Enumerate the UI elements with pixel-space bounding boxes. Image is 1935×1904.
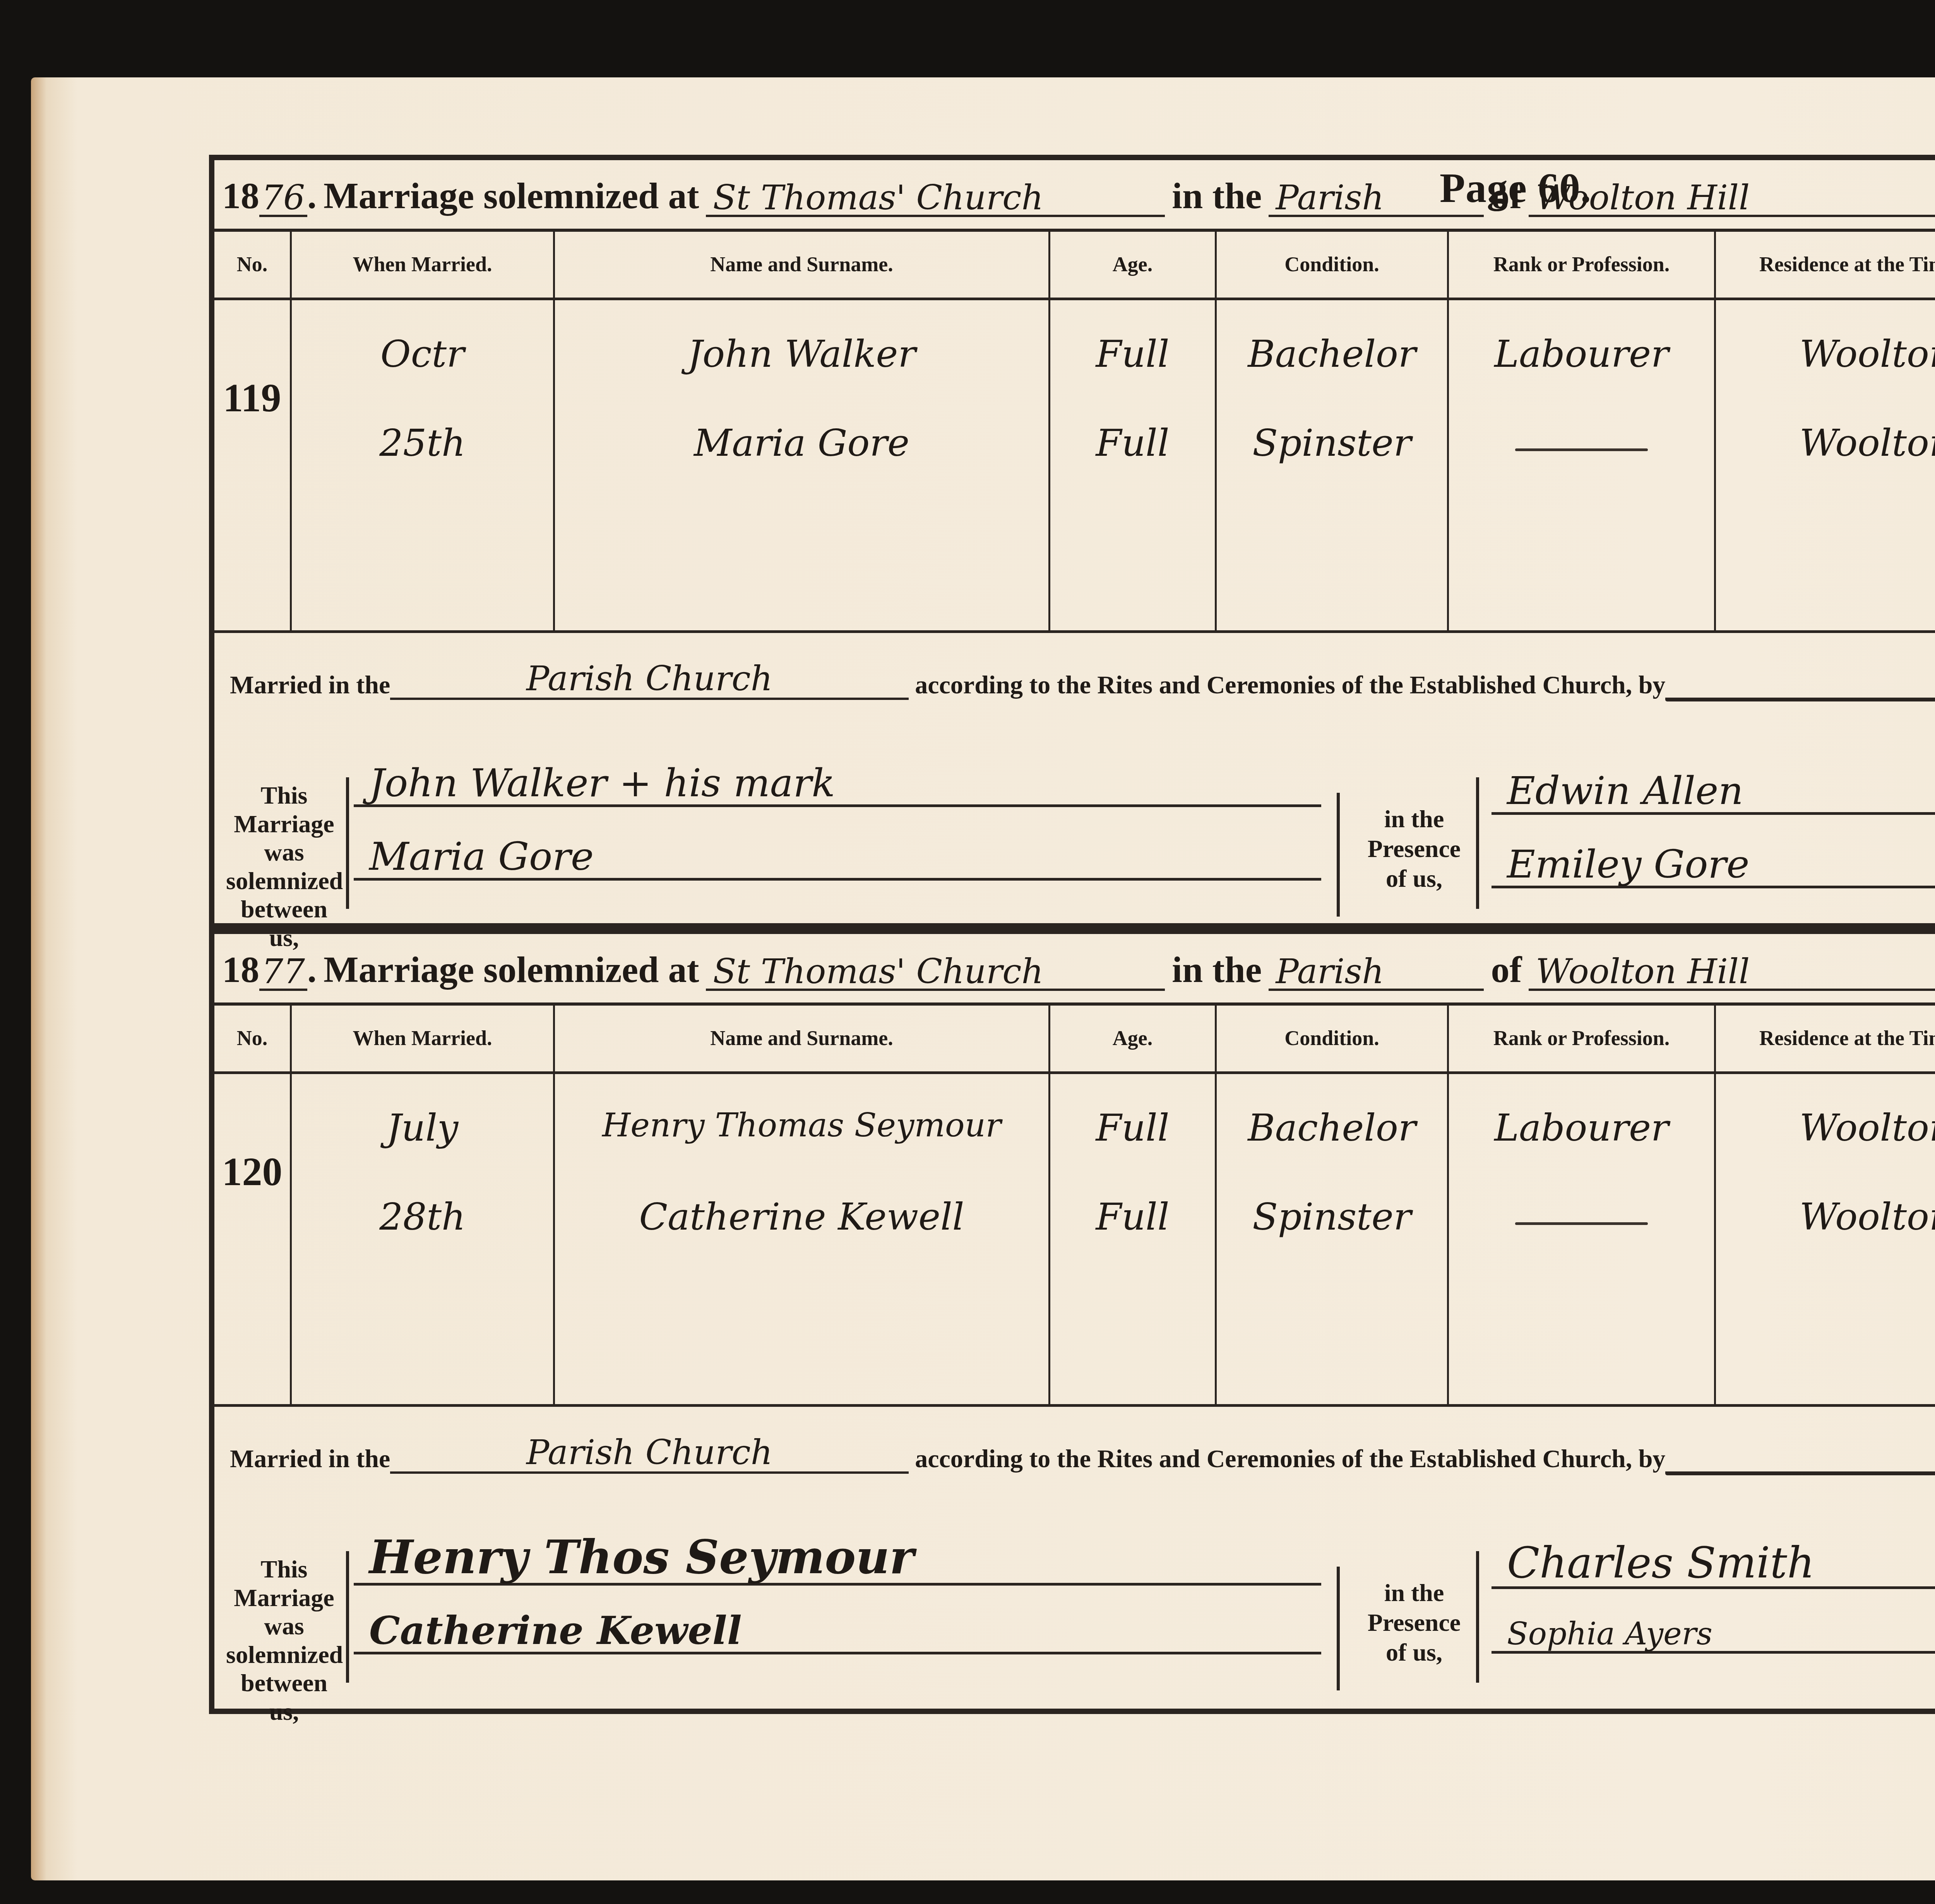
place-name: Woolton Hill	[1529, 955, 1935, 991]
label-line: Presence	[1360, 1608, 1468, 1638]
label-line: Presence	[1360, 834, 1468, 864]
licence-struck-through	[1665, 698, 1935, 700]
witness-1-signature: Edwin Allen	[1491, 770, 1935, 815]
header-profession: Rank or Profession.	[1449, 232, 1714, 300]
groom-residence: Woolton Hill	[1716, 1106, 1935, 1150]
col-profession: Rank or Profession. Labourer	[1449, 1006, 1716, 1404]
label-this-marriage: This Marriage was solemnized between us,	[226, 781, 342, 952]
header-name: Name and Surname.	[555, 1006, 1048, 1074]
marriage-entry-120: 1877. Marriage solemnized at St Thomas' …	[209, 929, 1935, 1714]
label-married-in: Married in the	[230, 1444, 390, 1474]
col-number: No. 119	[214, 232, 292, 630]
year-period: .	[307, 948, 317, 991]
groom-profession: Labourer	[1449, 332, 1714, 376]
header-number: No.	[214, 232, 290, 300]
col-when-married: When Married. Octr 25th	[292, 232, 555, 630]
married-in-value: Parish Church	[390, 1434, 909, 1474]
header-when-married: When Married.	[292, 1006, 553, 1074]
groom-name: John Walker	[555, 332, 1048, 376]
label-line: between us,	[226, 1669, 342, 1726]
witness-2-signature: Sophia Ayers	[1491, 1617, 1935, 1654]
place-name: Woolton Hill	[1529, 181, 1935, 217]
header-number: No.	[214, 1006, 290, 1074]
married-in-value: Parish Church	[390, 660, 909, 700]
bride-condition: Spinster	[1217, 421, 1447, 465]
brace-presence-left	[1337, 1567, 1340, 1690]
header-name: Name and Surname.	[555, 232, 1048, 300]
label-married-in: Married in the	[230, 671, 390, 700]
header-profession: Rank or Profession.	[1449, 1006, 1714, 1074]
year-prefix: 18	[222, 948, 259, 991]
label-this-marriage: This Marriage was solemnized between us,	[226, 1555, 342, 1726]
bride-residence: Woolton Hill	[1716, 1195, 1935, 1239]
entry-table: No. 119 When Married. Octr 25th Name and…	[214, 232, 1935, 630]
groom-age: Full	[1050, 1106, 1215, 1150]
col-name: Name and Surname. John Walker Maria Gore	[555, 232, 1050, 630]
brace-left	[346, 1551, 349, 1683]
bride-profession-dash	[1515, 448, 1648, 451]
date-month: Octr	[292, 332, 553, 376]
col-age: Age. Full Full	[1050, 1006, 1217, 1404]
label-according-to: according to the Rites and Ceremonies of…	[915, 1444, 1665, 1474]
bride-age: Full	[1050, 1195, 1215, 1239]
label-according-to: according to the Rites and Ceremonies of…	[915, 671, 1665, 700]
bride-name: Catherine Kewell	[555, 1195, 1048, 1239]
label-line: solemnized	[226, 1641, 342, 1669]
header-age: Age.	[1050, 232, 1215, 300]
bride-profession-dash	[1515, 1222, 1648, 1225]
bride-age: Full	[1050, 421, 1215, 465]
groom-condition: Bachelor	[1217, 332, 1447, 376]
bride-signature: Maria Gore	[354, 835, 1321, 881]
parish-label: Parish	[1269, 955, 1484, 991]
label-line: This Marriage	[226, 781, 342, 838]
header-residence: Residence at the Time of Marriage.	[1716, 1006, 1935, 1074]
signatures-block: This Marriage was solemnized between us,…	[214, 1520, 1935, 1698]
groom-condition: Bachelor	[1217, 1106, 1447, 1150]
entry-table: No. 120 When Married. July 28th Name and…	[214, 1006, 1935, 1404]
col-number: No. 120	[214, 1006, 292, 1404]
date-month: July	[292, 1106, 553, 1150]
witness-1-signature: Charles Smith	[1491, 1540, 1935, 1589]
header-age: Age.	[1050, 1006, 1215, 1074]
col-name: Name and Surname. Henry Thomas Seymour C…	[555, 1006, 1050, 1404]
col-condition: Condition. Bachelor Spinster	[1217, 232, 1449, 630]
col-age: Age. Full Full	[1050, 232, 1217, 630]
label-in-presence: in the Presence of us,	[1360, 1578, 1468, 1667]
col-residence: Residence at the Time of Marriage. Woolt…	[1716, 1006, 1935, 1404]
groom-signature: Henry Thos Seymour	[354, 1532, 1321, 1586]
col-condition: Condition. Bachelor Spinster	[1217, 1006, 1449, 1404]
entry-number: 119	[214, 375, 290, 421]
label-line: was	[226, 838, 342, 867]
groom-age: Full	[1050, 332, 1215, 376]
year-suffix: 77	[259, 955, 307, 991]
groom-name: Henry Thomas Seymour	[555, 1106, 1048, 1144]
ceremony-sentence: Married in the Parish Church according t…	[230, 660, 1935, 700]
brace-left	[346, 777, 349, 909]
groom-residence: Woolton Hill	[1716, 332, 1935, 376]
year-suffix: 76	[259, 181, 307, 217]
entry-headline: 1876. Marriage solemnized at St Thomas' …	[214, 160, 1935, 232]
label-line: of us,	[1360, 864, 1468, 894]
brace-presence-right	[1476, 777, 1479, 909]
bride-name: Maria Gore	[555, 421, 1048, 465]
church-name: St Thomas' Church	[706, 181, 1165, 217]
label-of: of	[1491, 948, 1522, 991]
label-solemnized-at: Marriage solemnized at	[324, 174, 699, 217]
groom-signature: John Walker + his mark	[354, 762, 1321, 807]
col-when-married: When Married. July 28th	[292, 1006, 555, 1404]
entry-headline: 1877. Marriage solemnized at St Thomas' …	[214, 934, 1935, 1006]
marriage-entry-119: 1876. Marriage solemnized at St Thomas' …	[209, 155, 1935, 929]
label-line: was	[226, 1612, 342, 1641]
brace-presence-left	[1337, 793, 1340, 917]
year-period: .	[307, 174, 317, 217]
date-day: 25th	[292, 421, 553, 465]
label-in-presence: in the Presence of us,	[1360, 804, 1468, 893]
church-name: St Thomas' Church	[706, 955, 1165, 991]
bride-signature: Catherine Kewell	[354, 1609, 1321, 1654]
year-prefix: 18	[222, 174, 259, 217]
groom-profession: Labourer	[1449, 1106, 1714, 1150]
label-line: of us,	[1360, 1638, 1468, 1668]
bride-residence: Woolton Hill	[1716, 421, 1935, 465]
entry-number: 120	[214, 1149, 290, 1195]
header-when-married: When Married.	[292, 232, 553, 300]
label-line: in the	[1360, 1578, 1468, 1608]
col-profession: Rank or Profession. Labourer	[1449, 232, 1716, 630]
header-condition: Condition.	[1217, 232, 1447, 300]
label-line: This Marriage	[226, 1555, 342, 1612]
label-line: solemnized	[226, 867, 342, 895]
brace-presence-right	[1476, 1551, 1479, 1683]
parish-label: Parish	[1269, 181, 1484, 217]
header-condition: Condition.	[1217, 1006, 1447, 1074]
label-of: of	[1491, 174, 1522, 217]
col-residence: Residence at the Time of Marriage. Woolt…	[1716, 232, 1935, 630]
ceremony-line: Married in the Parish Church according t…	[214, 1404, 1935, 1523]
ceremony-line: Married in the Parish Church according t…	[214, 630, 1935, 749]
label-in-the: in the	[1172, 174, 1262, 217]
header-residence: Residence at the Time of Marriage.	[1716, 232, 1935, 300]
label-in-the: in the	[1172, 948, 1262, 991]
licence-struck-through	[1665, 1471, 1935, 1474]
witness-2-signature: Emiley Gore	[1491, 843, 1935, 888]
label-line: in the	[1360, 804, 1468, 834]
bride-condition: Spinster	[1217, 1195, 1447, 1239]
label-solemnized-at: Marriage solemnized at	[324, 948, 699, 991]
date-day: 28th	[292, 1195, 553, 1239]
ceremony-sentence: Married in the Parish Church according t…	[230, 1434, 1935, 1474]
signatures-block: This Marriage was solemnized between us,…	[214, 746, 1935, 924]
